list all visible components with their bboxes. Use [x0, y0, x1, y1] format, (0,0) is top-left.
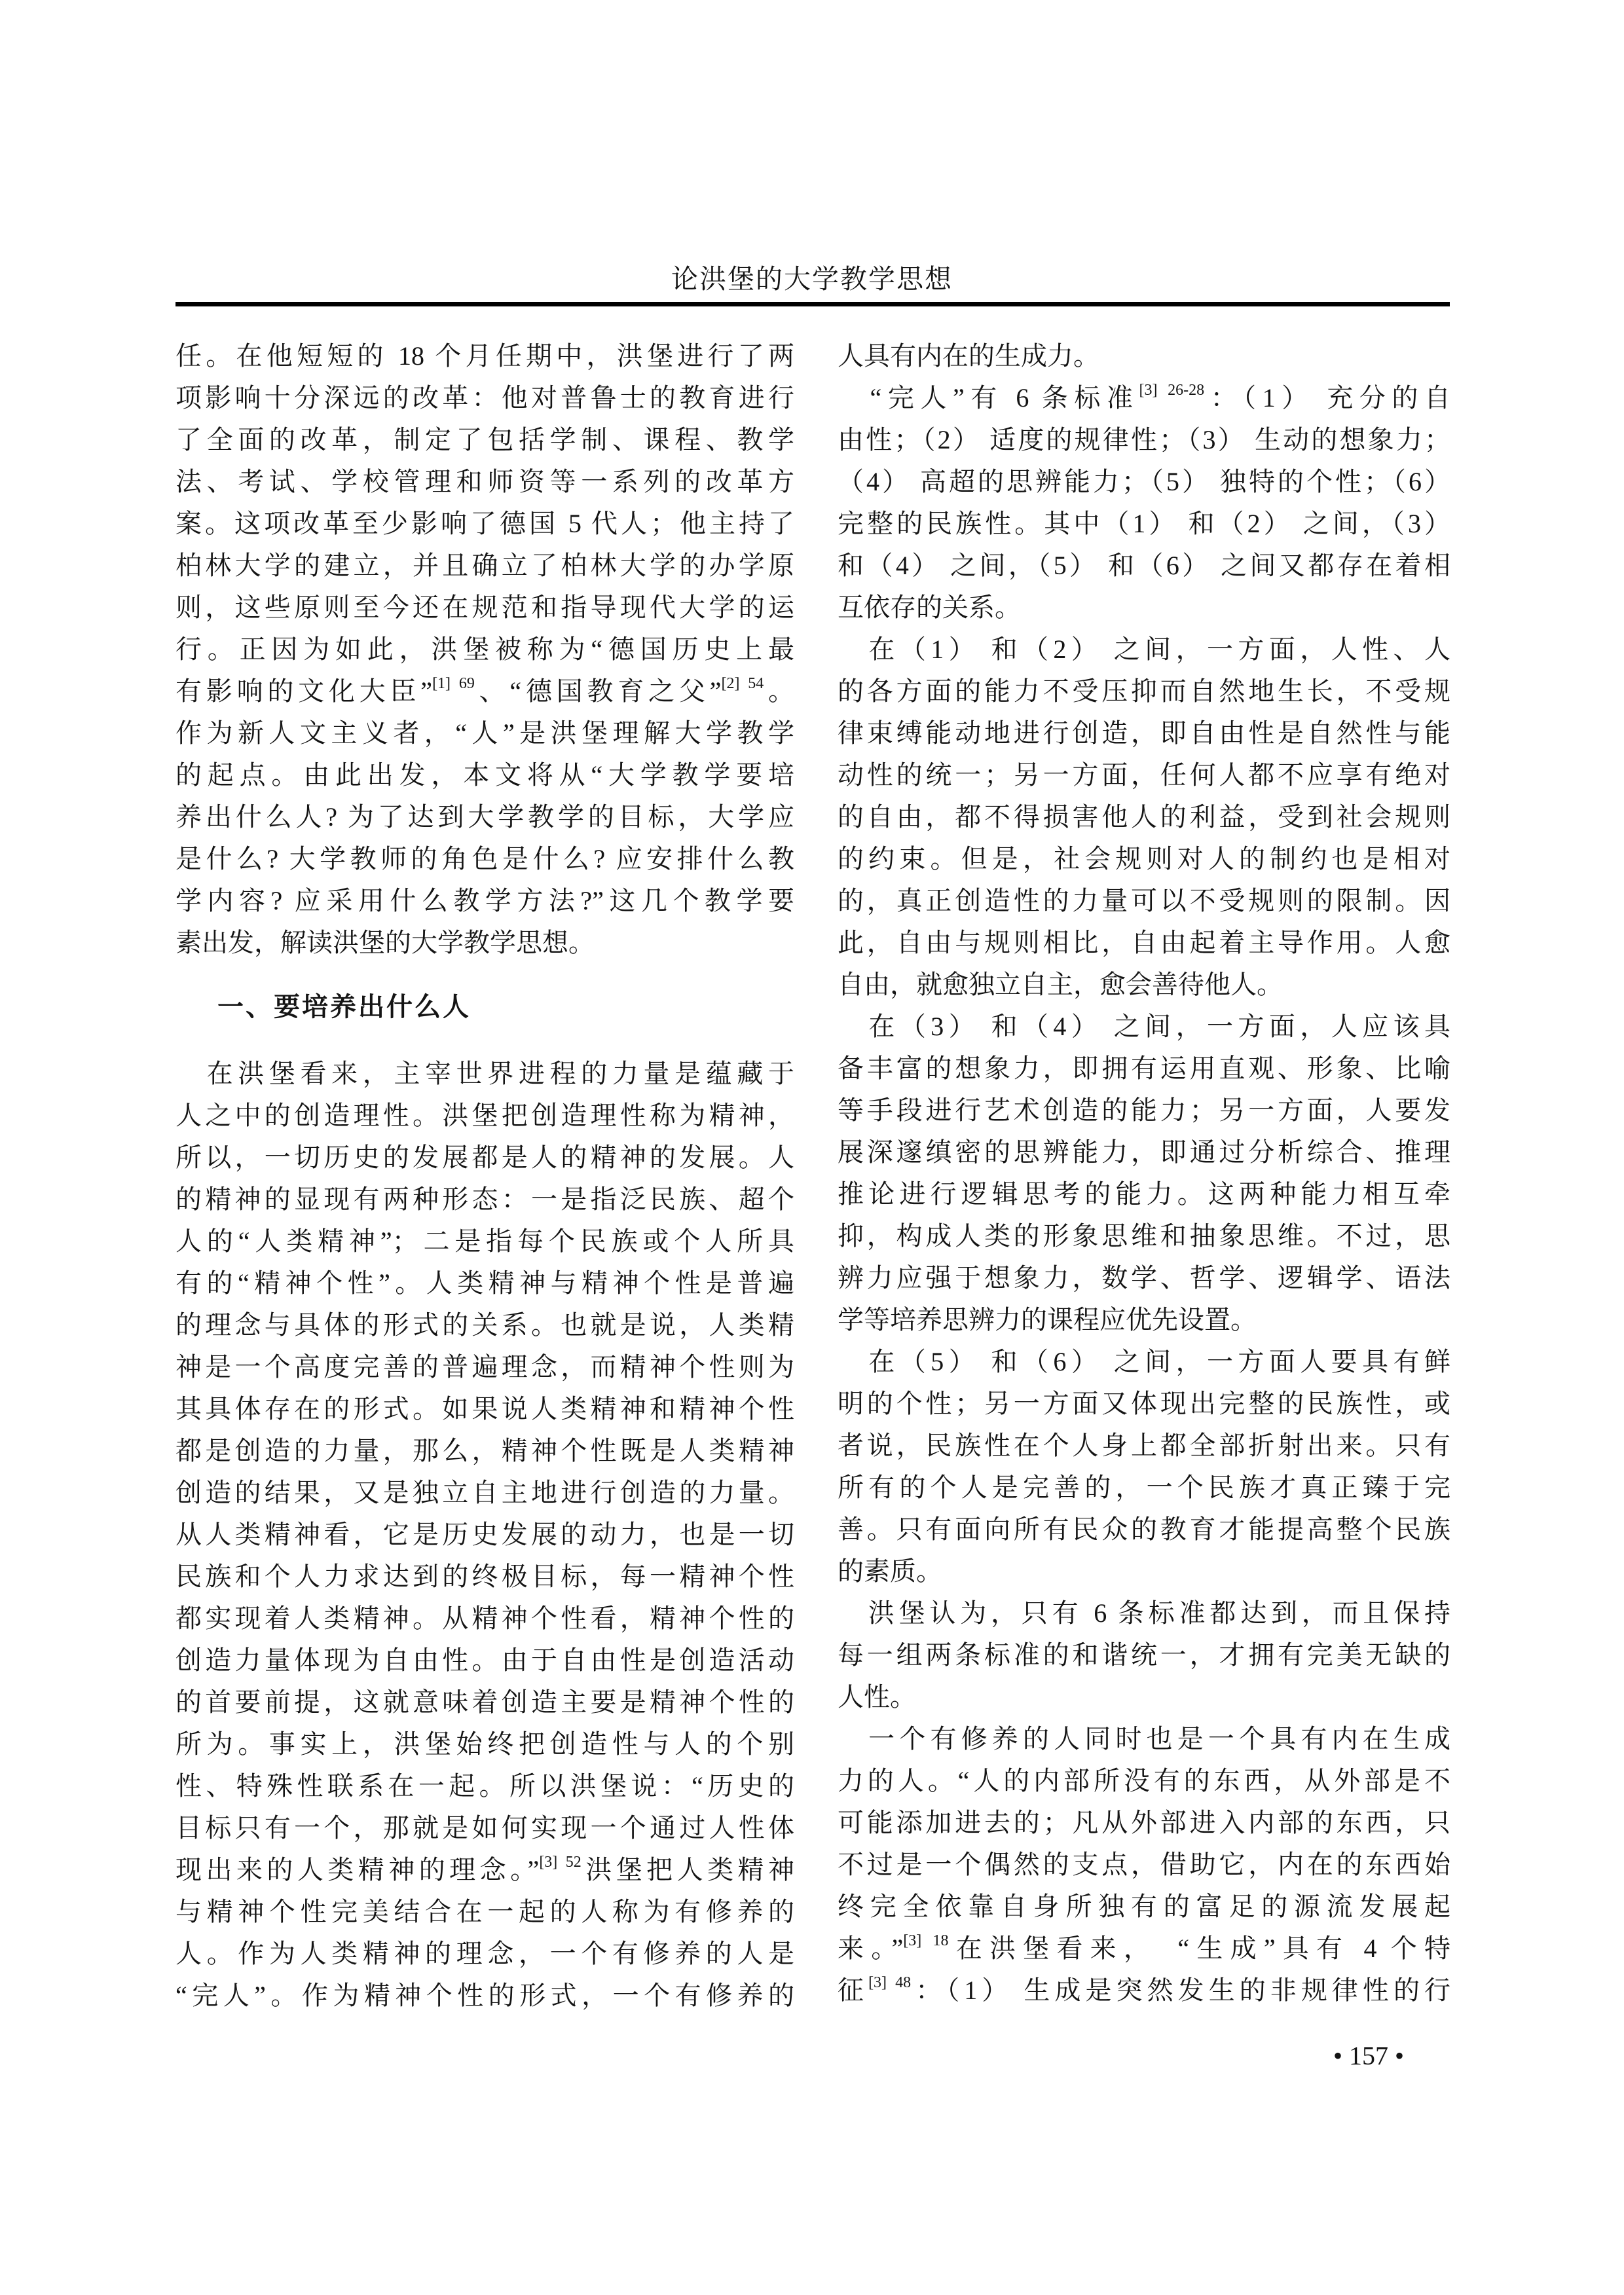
citation-superscript: [3] 52	[539, 1854, 581, 1871]
text-line: 性、特殊性联系在一起。所以洪堡说：“历史的	[175, 1765, 794, 1807]
text-line: 从人类精神看，它是历史发展的动力，也是一切	[175, 1514, 794, 1556]
text-line: 等手段进行艺术创造的能力；另一方面，人要发	[838, 1090, 1450, 1131]
text-line: 力的人。“人的内部所没有的东西，从外部是不	[838, 1760, 1450, 1802]
text-line: 的各方面的能力不受压抑而自然地生长，不受规	[838, 670, 1450, 712]
text-line: 则，这些原则至今还在规范和指导现代大学的运	[175, 587, 794, 629]
text-line: 展深邃缜密的思辨能力，即通过分析综合、推理	[838, 1131, 1450, 1173]
text-line: 辨力应强于想象力，数学、哲学、逻辑学、语法	[838, 1257, 1450, 1299]
text-line: 的理念与具体的形式的关系。也就是说，人类精	[175, 1304, 794, 1346]
text-line: 律束缚能动地进行创造，即自由性是自然性与能	[838, 712, 1450, 754]
citation-superscript: [3] 26-28	[1139, 382, 1205, 399]
text-line: 的，真正创造性的力量可以不受规则的限制。因	[838, 880, 1450, 922]
text-line: “完人”。作为精神个性的形式，一个有修养的	[175, 1975, 794, 2017]
text-line: 和（4） 之间，（5） 和（6） 之间又都存在着相	[838, 545, 1450, 587]
text-line: 作为新人文主义者，“人”是洪堡理解大学教学	[175, 712, 794, 754]
right-column: 人具有内在的生成力。 “完人”有 6 条标准[3] 26-28：（1） 充分的自…	[838, 335, 1450, 2017]
page-header-title: 论洪堡的大学教学思想	[0, 258, 1624, 300]
text-line: 来。”[3] 18在洪堡看来， “生成”具有 4 个特	[838, 1928, 1450, 1970]
paragraph-intro: 任。在他短短的 18 个月任期中，洪堡进行了两项影响十分深远的改革：他对普鲁士的…	[175, 335, 794, 964]
text-line: 的精神的显现有两种形态：一是指泛民族、超个	[175, 1179, 794, 1221]
text-line: 都是创造的力量，那么，精神个性既是人类精神	[175, 1430, 794, 1472]
text-line: 创造的结果，又是独立自主地进行创造的力量。	[175, 1472, 794, 1514]
left-column: 任。在他短短的 18 个月任期中，洪堡进行了两项影响十分深远的改革：他对普鲁士的…	[175, 335, 794, 2017]
citation-superscript: [3] 48	[868, 1974, 911, 1991]
text-line: 有的“精神个性”。人类精神与精神个性是普遍	[175, 1262, 794, 1304]
text-line: 项影响十分深远的改革：他对普鲁士的教育进行	[175, 377, 794, 419]
paragraph-right: 人具有内在的生成力。 “完人”有 6 条标准[3] 26-28：（1） 充分的自…	[838, 335, 1450, 2011]
text-line: 与精神个性完美结合在一起的人称为有修养的	[175, 1891, 794, 1933]
text-line: 人。作为人类精神的理念，一个有修养的人是	[175, 1933, 794, 1975]
text-line: （4） 高超的思辨能力；（5） 独特的个性；（6）	[838, 461, 1450, 503]
text-line: 者说，民族性在个人身上都全部折射出来。只有	[838, 1425, 1450, 1467]
text-line: 案。这项改革至少影响了德国 5 代人；他主持了	[175, 503, 794, 545]
text-line: 此，自由与规则相比，自由起着主导作用。人愈	[838, 922, 1450, 964]
text-line: 了全面的改革，制定了包括学制、课程、教学	[175, 419, 794, 461]
page-number: • 157 •	[1283, 2035, 1454, 2077]
text-line: 学内容? 应采用什么教学方法?”这几个教学要	[175, 880, 794, 922]
text-line: 目标只有一个，那就是如何实现一个通过人性体	[175, 1807, 794, 1849]
text-line: 互依存的关系。	[838, 587, 1450, 629]
text-line: 神是一个高度完善的普遍理念，而精神个性则为	[175, 1346, 794, 1388]
text-line: 所为。事实上，洪堡始终把创造性与人的个别	[175, 1723, 794, 1765]
text-line: 都实现着人类精神。从精神个性看，精神个性的	[175, 1598, 794, 1640]
text-line: 的约束。但是，社会规则对人的制约也是相对	[838, 838, 1450, 880]
text-line: 是什么? 大学教师的角色是什么? 应安排什么教	[175, 838, 794, 880]
text-line: 推论进行逻辑思考的能力。这两种能力相互牵	[838, 1173, 1450, 1215]
text-line: 善。只有面向所有民众的教育才能提高整个民族	[838, 1509, 1450, 1551]
text-line: 现出来的人类精神的理念。”[3] 52洪堡把人类精神	[175, 1849, 794, 1891]
text-line: 素出发，解读洪堡的大学教学思想。	[175, 922, 794, 964]
text-line: 完整的民族性。其中（1） 和（2） 之间，（3）	[838, 503, 1450, 545]
citation-superscript: [2] 54	[721, 675, 764, 692]
text-line: 在（5） 和（6） 之间，一方面人要具有鲜	[838, 1341, 1450, 1383]
text-line: 由性；（2） 适度的规律性；（3） 生动的想象力；	[838, 419, 1450, 461]
text-line: 在（3） 和（4） 之间，一方面，人应该具	[838, 1006, 1450, 1048]
text-line: 人具有内在的生成力。	[838, 335, 1450, 377]
paragraph-section-one: 在洪堡看来，主宰世界进程的力量是蕴藏于人之中的创造理性。洪堡把创造理性称为精神，…	[175, 1053, 794, 2017]
text-columns: 任。在他短短的 18 个月任期中，洪堡进行了两项影响十分深远的改革：他对普鲁士的…	[175, 335, 1450, 2017]
text-line: “完人”有 6 条标准[3] 26-28：（1） 充分的自	[838, 377, 1450, 419]
text-line: 人之中的创造理性。洪堡把创造理性称为精神，	[175, 1095, 794, 1137]
text-line: 抑，构成人类的形象思维和抽象思维。不过，思	[838, 1215, 1450, 1257]
text-line: 明的个性；另一方面又体现出完整的民族性，或	[838, 1383, 1450, 1425]
text-line: 终完全依靠自身所独有的富足的源流发展起	[838, 1886, 1450, 1928]
text-line: 一个有修养的人同时也是一个具有内在生成	[838, 1718, 1450, 1760]
text-line: 洪堡认为，只有 6 条标准都达到，而且保持	[838, 1592, 1450, 1634]
text-line: 不过是一个偶然的支点，借助它，内在的东西始	[838, 1844, 1450, 1886]
text-line: 养出什么人? 为了达到大学教学的目标，大学应	[175, 796, 794, 838]
text-line: 每一组两条标准的和谐统一，才拥有完美无缺的	[838, 1634, 1450, 1676]
text-line: 的首要前提，这就意味着创造主要是精神个性的	[175, 1681, 794, 1723]
text-line: 可能添加进去的；凡从外部进入内部的东西，只	[838, 1802, 1450, 1844]
text-line: 的素质。	[838, 1551, 1450, 1592]
text-line: 人性。	[838, 1676, 1450, 1718]
section-heading: 一、要培养出什么人	[175, 986, 794, 1028]
text-line: 所以，一切历史的发展都是人的精神的发展。人	[175, 1137, 794, 1179]
text-line: 的起点。由此出发，本文将从“大学教学要培	[175, 754, 794, 796]
text-line: 在洪堡看来，主宰世界进程的力量是蕴藏于	[175, 1053, 794, 1095]
text-line: 柏林大学的建立，并且确立了柏林大学的办学原	[175, 545, 794, 587]
text-line: 创造力量体现为自由性。由于自由性是创造活动	[175, 1640, 794, 1681]
text-line: 所有的个人是完善的，一个民族才真正臻于完	[838, 1467, 1450, 1509]
text-line: 其具体存在的形式。如果说人类精神和精神个性	[175, 1388, 794, 1430]
text-line: 行。正因为如此，洪堡被称为“德国历史上最	[175, 629, 794, 670]
text-line: 有影响的文化大臣”[1] 69、“德国教育之父”[2] 54。	[175, 670, 794, 712]
text-line: 学等培养思辨力的课程应优先设置。	[838, 1299, 1450, 1341]
citation-superscript: [1] 69	[432, 675, 475, 692]
text-line: 备丰富的想象力，即拥有运用直观、形象、比喻	[838, 1048, 1450, 1090]
text-line: 动性的统一；另一方面，任何人都不应享有绝对	[838, 754, 1450, 796]
text-line: 民族和个人力求达到的终极目标，每一精神个性	[175, 1556, 794, 1598]
text-line: 在（1） 和（2） 之间，一方面，人性、人	[838, 629, 1450, 670]
text-line: 任。在他短短的 18 个月任期中，洪堡进行了两	[175, 335, 794, 377]
journal-page: 论洪堡的大学教学思想 任。在他短短的 18 个月任期中，洪堡进行了两项影响十分深…	[0, 0, 1624, 2295]
header-rule	[175, 302, 1450, 306]
text-line: 的自由，都不得损害他人的利益，受到社会规则	[838, 796, 1450, 838]
text-line: 法、考试、学校管理和师资等一系列的改革方	[175, 461, 794, 503]
text-line: 自由，就愈独立自主，愈会善待他人。	[838, 964, 1450, 1006]
text-line: 征[3] 48：（1） 生成是突然发生的非规律性的行	[838, 1970, 1450, 2011]
citation-superscript: [3] 18	[903, 1932, 948, 1949]
text-line: 人的“人类精神”；二是指每个民族或个人所具	[175, 1221, 794, 1262]
